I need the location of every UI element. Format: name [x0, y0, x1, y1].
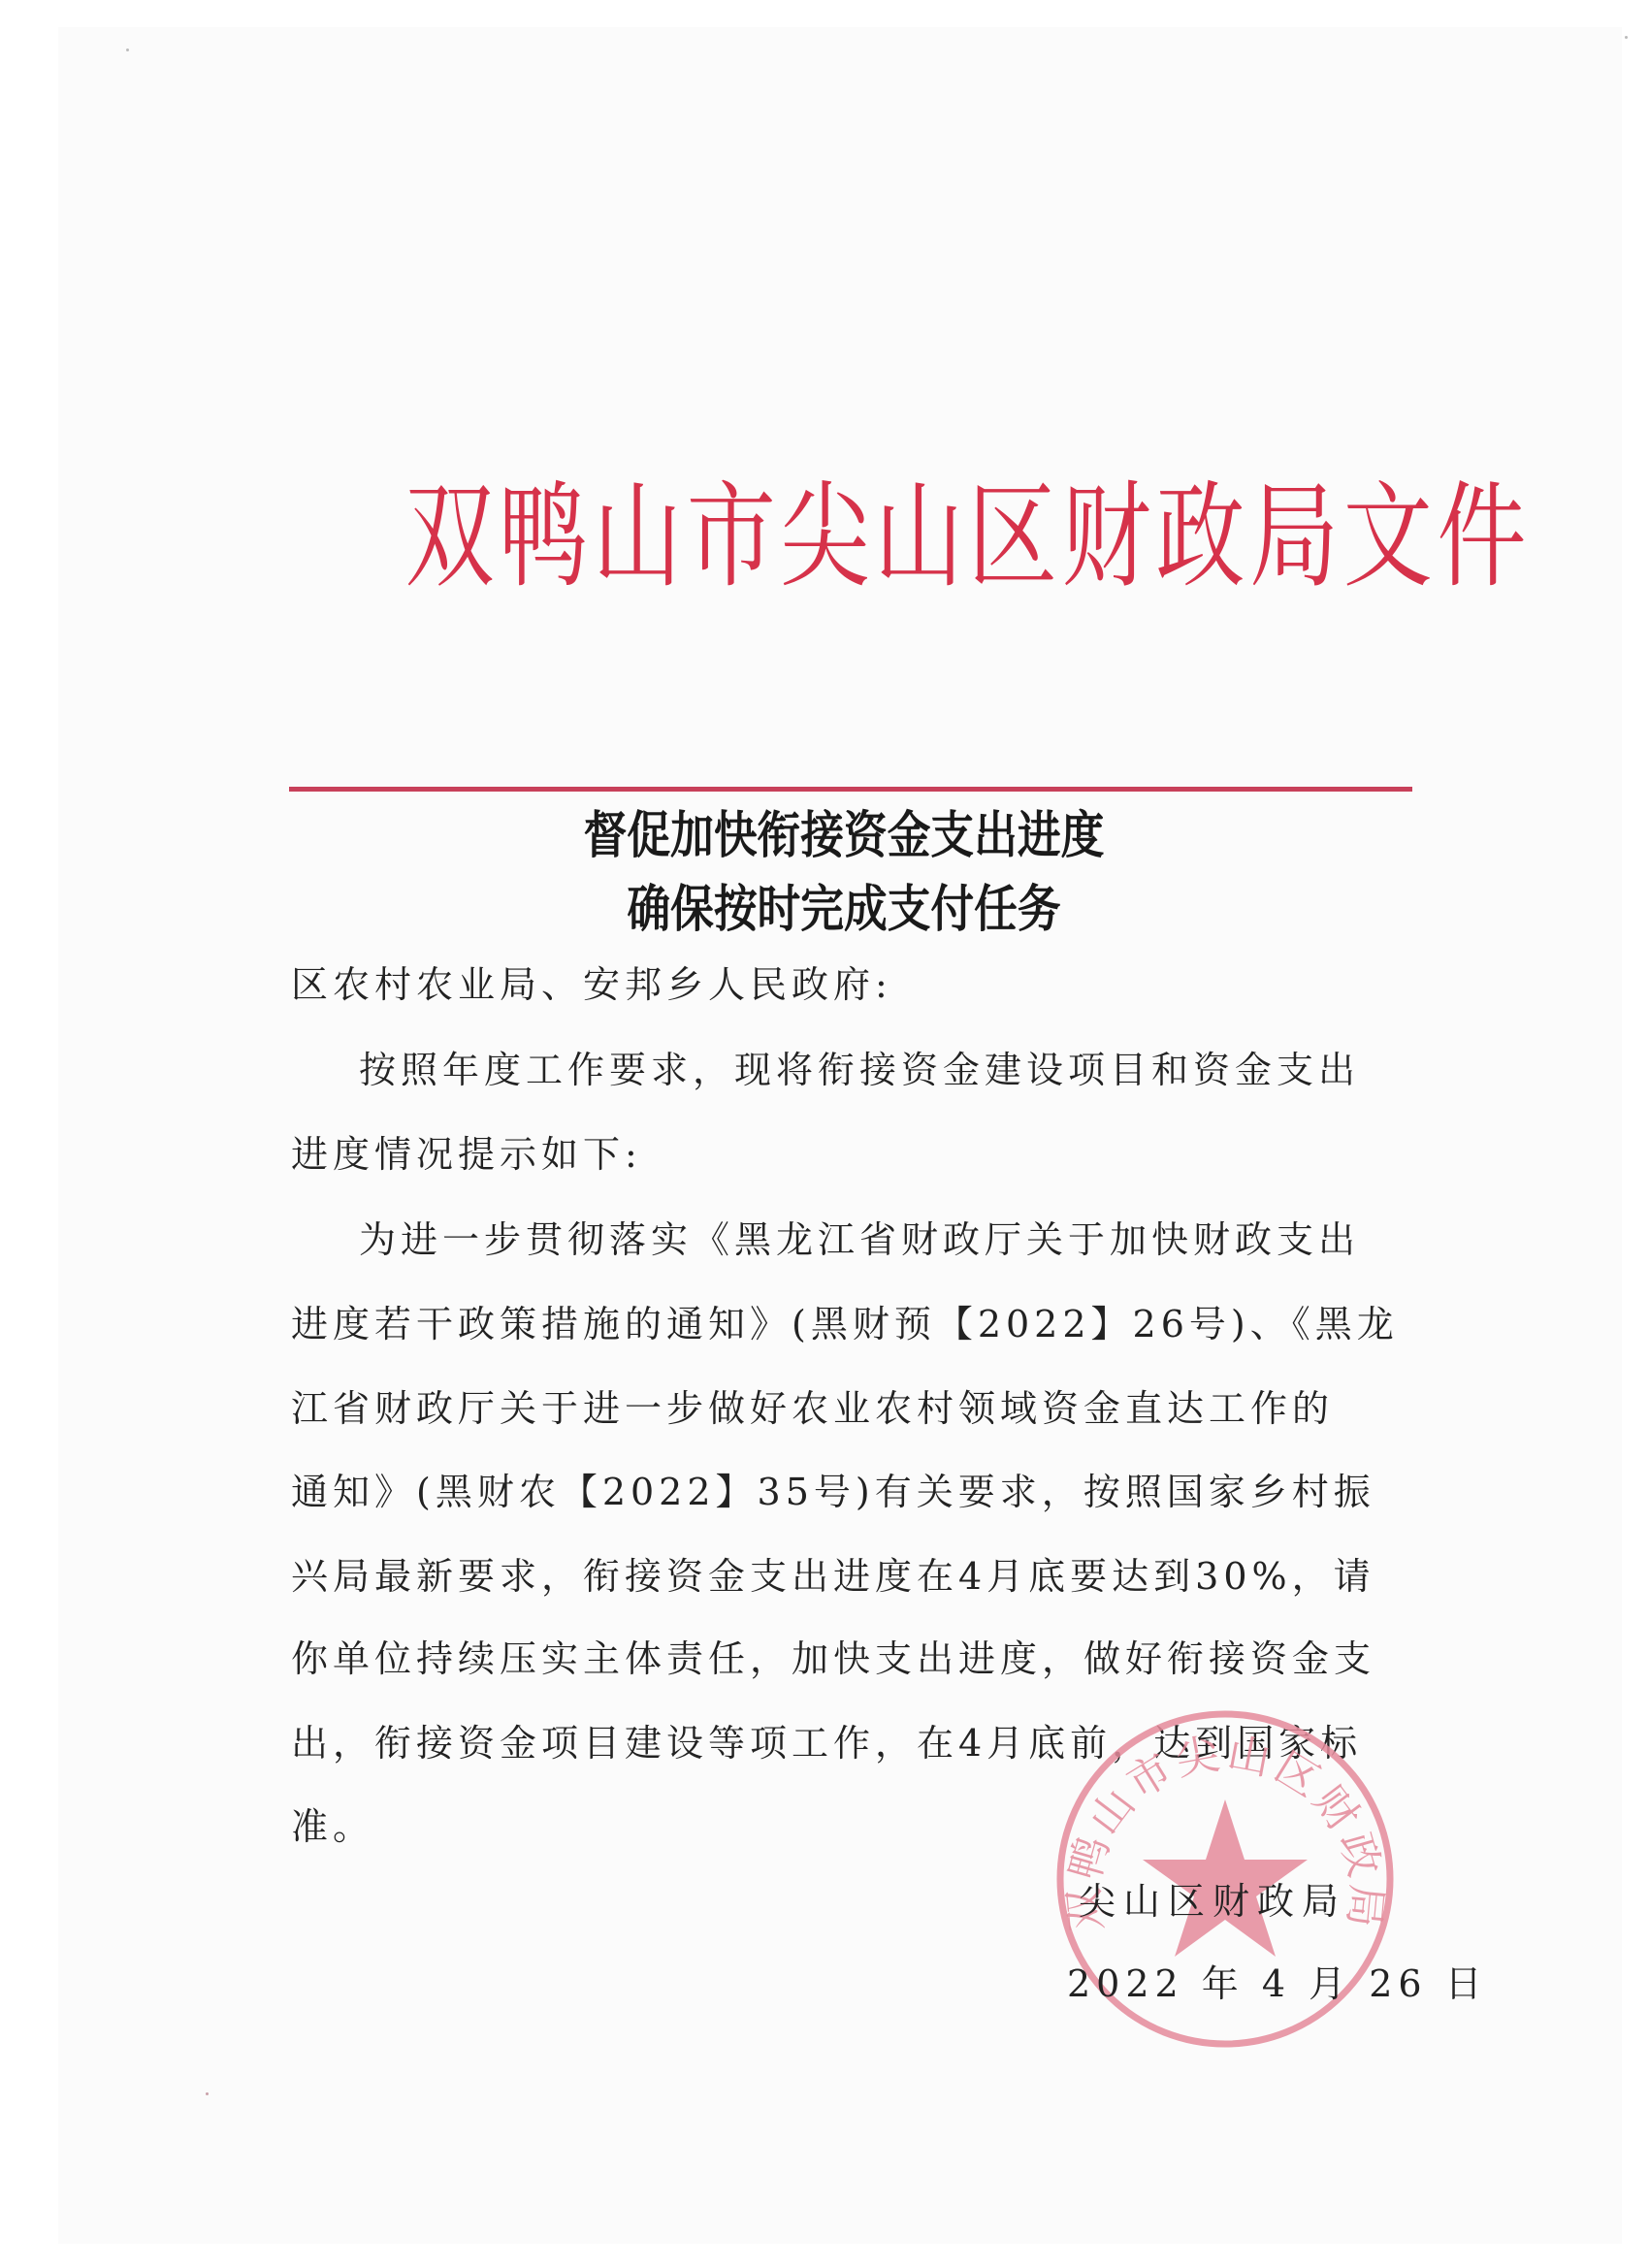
body-line: 按照年度工作要求，现将衔接资金建设项目和资金支出 [359, 1041, 1474, 1099]
issuer-signature: 尖山区财政局 [1079, 1872, 1346, 1930]
subtitle-line-1: 督促加快衔接资金支出进度 [360, 805, 1328, 867]
scan-speck [1625, 36, 1628, 39]
body-line: 进度情况提示如下: [291, 1125, 1406, 1183]
scan-speck [206, 2092, 209, 2095]
body-line: 兴局最新要求，衔接资金支出进度在4月底要达到30%，请 [291, 1547, 1406, 1605]
issue-date: 2022 年 4 月 26 日 [1067, 1955, 1488, 2013]
body-line: 你单位持续压实主体责任，加快支出进度，做好衔接资金支 [291, 1630, 1406, 1688]
body-line: 为进一步贯彻落实《黑龙江省财政厅关于加快财政支出 [359, 1211, 1474, 1269]
body-line: 江省财政厅关于进一步做好农业农村领域资金直达工作的 [291, 1379, 1406, 1438]
subtitle-line-2: 确保按时完成支付任务 [360, 879, 1328, 941]
addressee: 区农村农业局、安邦乡人民政府: [291, 956, 1406, 1014]
scan-speck [126, 49, 129, 51]
document-header-title: 双鸭山市尖山区财政局文件 [405, 454, 1283, 619]
body-line: 通知》(黑财农【2022】35号)有关要求，按照国家乡村振 [291, 1463, 1406, 1521]
red-divider-rule [289, 787, 1412, 792]
body-line: 进度若干政策措施的通知》(黑财预【2022】26号)、《黑龙 [291, 1295, 1406, 1353]
